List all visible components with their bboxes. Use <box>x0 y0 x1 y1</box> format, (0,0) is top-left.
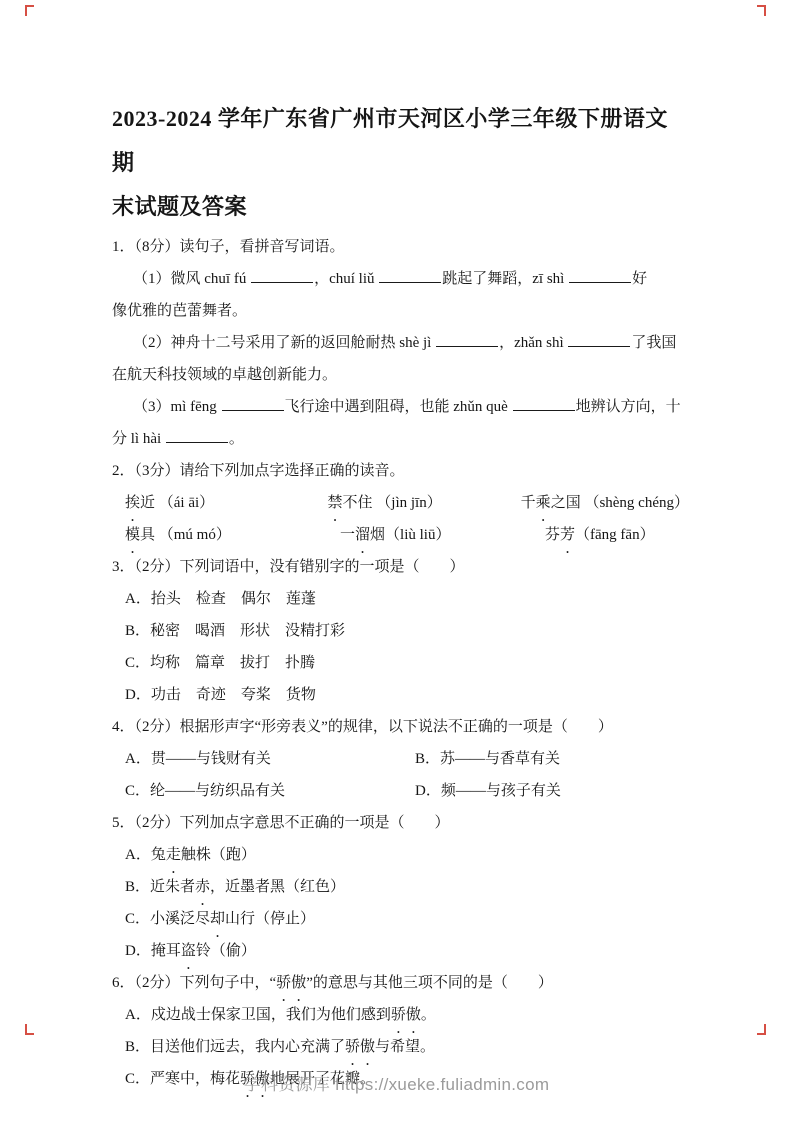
question-stem: 2．（3分）请给下列加点字选择正确的读音。 <box>112 455 689 487</box>
footer-watermark: 学科资源库 https://xueke.fuliadmin.com <box>0 1070 793 1095</box>
emphasized-char: 芳 <box>560 519 575 551</box>
line-column: 禁不住 （jìn jīn） <box>328 487 521 519</box>
question-line: D．功击 奇迹 夸桨 货物 <box>112 679 689 711</box>
fill-in-blank <box>166 430 228 443</box>
text-segment: 了我国 <box>631 335 676 351</box>
page-title-line2: 末试题及答案 <box>112 185 689 229</box>
emphasized-char: 骄 <box>345 1031 360 1063</box>
question-line: B．秘密 喝酒 形状 没精打彩 <box>112 615 689 647</box>
text-segment: 千 <box>521 495 536 511</box>
text-segment: B．秘密 喝酒 形状 没精打彩 <box>125 623 345 639</box>
line-column: A．贯——与钱财有关 <box>125 743 415 775</box>
text-segment: 3．（2分）下列词语中，没有错别字的一项是（ ） <box>112 559 465 575</box>
text-segment: 地辨认方向，十 <box>576 399 681 415</box>
emphasized-char: 傲 <box>406 999 421 1031</box>
question-line: D．掩耳盗铃（偷） <box>112 935 689 967</box>
text-segment: （3）mì fēng <box>133 399 221 415</box>
text-segment: 之国 （shèng chéng） <box>551 495 689 511</box>
text-segment: 具 （mú mó） <box>140 527 231 543</box>
question-line: （3）mì fēng 飞行途中遇到阻碍，也能 zhǔn què 地辨认方向，十 <box>112 391 689 423</box>
text-segment: 一 <box>340 527 355 543</box>
text-segment: A．兔 <box>125 847 166 863</box>
text-segment: A．抬头 检查 偶尔 莲蓬 <box>125 591 316 607</box>
emphasized-char: 骄 <box>391 999 406 1031</box>
text-segment: A．贯——与钱财有关 <box>125 751 271 767</box>
text-segment: （fāng fān） <box>575 527 655 543</box>
text-segment: 与希望。 <box>375 1039 435 1055</box>
question-stem: 4．（2分）根据形声字“形旁表义”的规律，以下说法不正确的一项是（ ） <box>112 711 689 743</box>
emphasized-char: 禁 <box>328 487 343 519</box>
crop-mark-bottom-right <box>757 1024 766 1035</box>
line-column: B．苏——与香草有关 <box>415 743 560 775</box>
text-segment: 5．（2分）下列加点字意思不正确的一项是（ ） <box>112 815 450 831</box>
question-line: 分 lì hài 。 <box>112 423 689 455</box>
exam-page: 2023-2024 学年广东省广州市天河区小学三年级下册语文期 末试题及答案 1… <box>0 0 793 1095</box>
text-segment: 在航天科技领域的卓越创新能力。 <box>112 367 337 383</box>
text-segment: 烟（liù liū） <box>370 527 450 543</box>
text-segment: ，chuí liǔ <box>314 271 378 287</box>
text-segment: 6．（2分）下列句子中，“ <box>112 975 276 991</box>
page-title: 2023-2024 学年广东省广州市天河区小学三年级下册语文期 末试题及答案 <box>112 97 689 229</box>
emphasized-char: 模 <box>125 519 140 551</box>
text-segment: 山行（停止） <box>225 911 315 927</box>
text-segment: ，zhǎn shì <box>499 335 567 351</box>
question-line: 像优雅的芭蕾舞者。 <box>112 295 689 327</box>
question-line: A．贯——与钱财有关B．苏——与香草有关 <box>112 743 689 775</box>
text-segment: （2）神舟十二号采用了新的返回舱耐热 shè jì <box>133 335 435 351</box>
fill-in-blank <box>569 270 631 283</box>
question-line: 挨近 （ái āi）禁不住 （jìn jīn）千乘之国 （shèng chéng… <box>112 487 689 519</box>
emphasized-char: 骄 <box>276 967 291 999</box>
text-segment: 芬 <box>545 527 560 543</box>
line-column: D．频——与孩子有关 <box>415 775 561 807</box>
question-line: （1）微风 chuī fú ，chuí liǔ 跳起了舞蹈，zī shì 好 <box>112 263 689 295</box>
emphasized-char: 走 <box>166 839 181 871</box>
question-line: 模具 （mú mó）一溜烟（liù liū）芬芳（fāng fān） <box>112 519 689 551</box>
emphasized-char: 傲 <box>360 1031 375 1063</box>
crop-mark-bottom-left <box>25 1024 34 1035</box>
emphasized-char: 溜 <box>355 519 370 551</box>
text-segment: 好 <box>632 271 647 287</box>
fill-in-blank <box>379 270 441 283</box>
question-stem: 6．（2分）下列句子中，“骄傲”的意思与其他三项不同的是（ ） <box>112 967 689 999</box>
crop-mark-top-left <box>25 5 34 16</box>
text-segment: 铃（偷） <box>196 943 256 959</box>
questions: 1．（8分）读句子，看拼音写词语。（1）微风 chuī fú ，chuí liǔ… <box>112 231 689 1095</box>
text-segment: ”的意思与其他三项不同的是（ ） <box>306 975 553 991</box>
text-segment: B．目送他们远去，我内心充满了 <box>125 1039 345 1055</box>
text-segment: 像优雅的芭蕾舞者。 <box>112 303 247 319</box>
emphasized-char: 赤 <box>195 871 210 903</box>
crop-mark-top-right <box>757 5 766 16</box>
question-stem: 5．（2分）下列加点字意思不正确的一项是（ ） <box>112 807 689 839</box>
question-line: C．纶——与纺织品有关D．频——与孩子有关 <box>112 775 689 807</box>
text-segment: B．近朱者 <box>125 879 195 895</box>
emphasized-char: 傲 <box>291 967 306 999</box>
text-segment: 2．（3分）请给下列加点字选择正确的读音。 <box>112 463 405 479</box>
question-line: C．均称 篇章 拔打 扑腾 <box>112 647 689 679</box>
question-line: B．目送他们远去，我内心充满了骄傲与希望。 <box>112 1031 689 1063</box>
text-segment: 跳起了舞蹈，zī shì <box>442 271 568 287</box>
line-column: 千乘之国 （shèng chéng） <box>521 487 689 519</box>
text-segment: C．均称 篇章 拔打 扑腾 <box>125 655 315 671</box>
question-line: A．戍边战士保家卫国，我们为他们感到骄傲。 <box>112 999 689 1031</box>
fill-in-blank <box>222 398 284 411</box>
emphasized-char: 却 <box>210 903 225 935</box>
line-column: 挨近 （ái āi） <box>125 487 328 519</box>
text-segment: ，近墨者黑（红色） <box>210 879 345 895</box>
question-line: A．兔走触株（跑） <box>112 839 689 871</box>
text-segment: B．苏——与香草有关 <box>415 751 560 767</box>
text-segment: D．功击 奇迹 夸桨 货物 <box>125 687 316 703</box>
line-column: 模具 （mú mó） <box>125 519 340 551</box>
question-line: （2）神舟十二号采用了新的返回舱耐热 shè jì ，zhǎn shì 了我国 <box>112 327 689 359</box>
text-segment: 分 lì hài <box>112 431 165 447</box>
text-segment: A．戍边战士保家卫国，我们为他们感到 <box>125 1007 391 1023</box>
emphasized-char: 挨 <box>125 487 140 519</box>
text-segment: 1．（8分）读句子，看拼音写词语。 <box>112 239 345 255</box>
line-column: 芬芳（fāng fān） <box>545 519 655 551</box>
text-segment: （1）微风 chuī fú <box>133 271 250 287</box>
line-column: 一溜烟（liù liū） <box>340 519 545 551</box>
text-segment: D．频——与孩子有关 <box>415 783 561 799</box>
fill-in-blank <box>568 334 630 347</box>
fill-in-blank <box>513 398 575 411</box>
text-segment: 触株（跑） <box>181 847 256 863</box>
question-stem: 3．（2分）下列词语中，没有错别字的一项是（ ） <box>112 551 689 583</box>
text-segment: C．纶——与纺织品有关 <box>125 783 285 799</box>
text-segment: 飞行途中遇到阻碍，也能 zhǔn què <box>285 399 512 415</box>
text-segment: D．掩耳 <box>125 943 181 959</box>
text-segment: 近 （ái āi） <box>140 495 214 511</box>
fill-in-blank <box>251 270 313 283</box>
emphasized-char: 盗 <box>181 935 196 967</box>
text-segment: 不住 （jìn jīn） <box>343 495 442 511</box>
text-segment: C．小溪泛尽 <box>125 911 210 927</box>
text-segment: 。 <box>229 431 244 447</box>
question-line: C．小溪泛尽却山行（停止） <box>112 903 689 935</box>
question-line: 在航天科技领域的卓越创新能力。 <box>112 359 689 391</box>
emphasized-char: 乘 <box>536 487 551 519</box>
page-title-line1: 2023-2024 学年广东省广州市天河区小学三年级下册语文期 <box>112 97 689 185</box>
fill-in-blank <box>436 334 498 347</box>
question-stem: 1．（8分）读句子，看拼音写词语。 <box>112 231 689 263</box>
question-line: A．抬头 检查 偶尔 莲蓬 <box>112 583 689 615</box>
line-column: C．纶——与纺织品有关 <box>125 775 415 807</box>
question-line: B．近朱者赤，近墨者黑（红色） <box>112 871 689 903</box>
text-segment: 。 <box>421 1007 436 1023</box>
text-segment: 4．（2分）根据形声字“形旁表义”的规律，以下说法不正确的一项是（ ） <box>112 719 613 735</box>
